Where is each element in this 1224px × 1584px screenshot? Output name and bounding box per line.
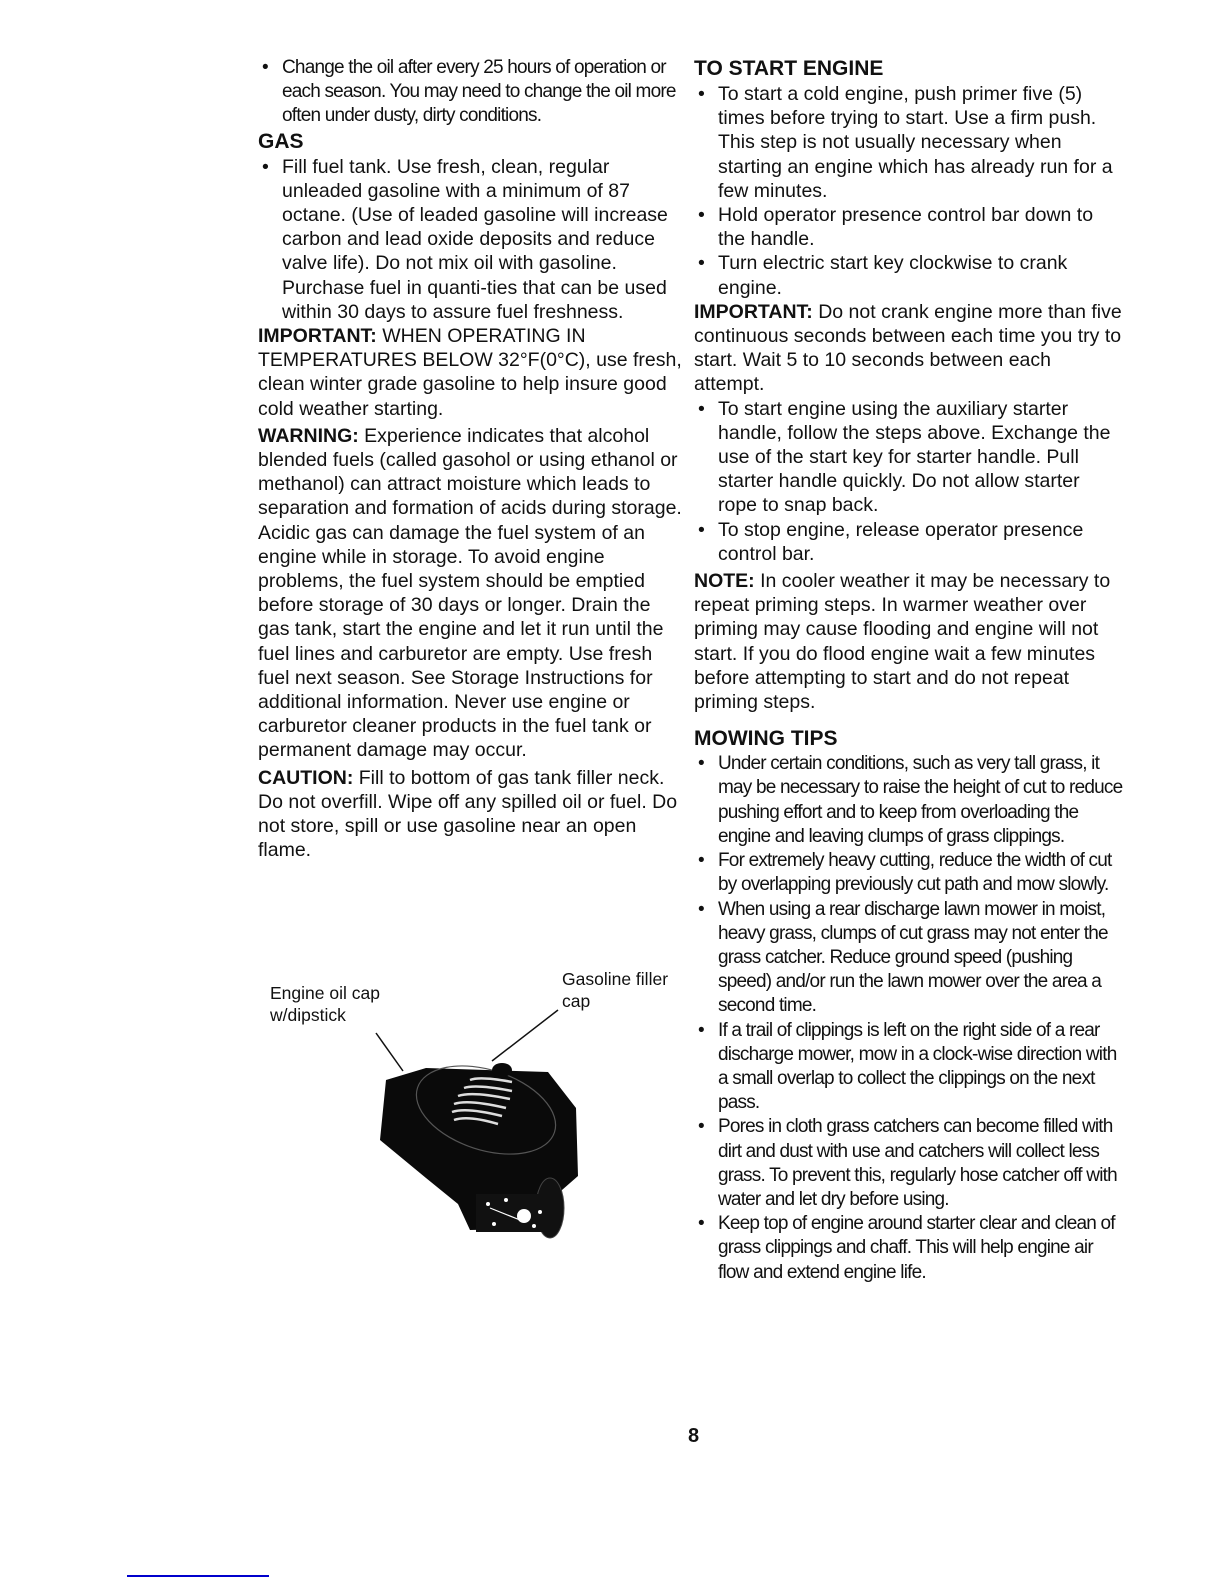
- note-label: NOTE:: [694, 570, 755, 592]
- catcher-pores-bullet: Pores in cloth grass catchers can become…: [694, 1115, 1124, 1212]
- caution-label: CAUTION:: [258, 767, 353, 789]
- oil-change-list: Change the oil after every 25 hours of o…: [258, 56, 683, 129]
- rear-discharge-bullet: When using a rear discharge lawn mower i…: [694, 898, 1124, 1019]
- fuel-tank-bullet: Fill fuel tank. Use fresh, clean, regula…: [258, 155, 683, 324]
- caution-fill-note: CAUTION: Fill to bottom of gas tank fill…: [258, 766, 683, 863]
- footer-rule: [127, 1575, 269, 1577]
- gas-heading: GAS: [258, 129, 683, 155]
- start-engine-list: To start a cold engine, push primer five…: [694, 82, 1124, 300]
- warning-label: WARNING:: [258, 425, 359, 447]
- important-cold-weather-note: IMPORTANT: WHEN OPERATING IN TEMPERATURE…: [258, 324, 683, 421]
- start-key-bullet: Turn electric start key clockwise to cra…: [694, 251, 1124, 299]
- engine-illustration-icon: [258, 968, 698, 1268]
- important-crank-note: IMPORTANT: Do not crank engine more than…: [694, 300, 1124, 397]
- heavy-cutting-bullet: For extremely heavy cutting, reduce the …: [694, 849, 1124, 897]
- aux-starter-bullet: To start engine using the auxiliary star…: [694, 397, 1124, 518]
- aux-start-list: To start engine using the auxiliary star…: [694, 397, 1124, 566]
- mowing-tips-list: Under certain conditions, such as very t…: [694, 752, 1124, 1284]
- tall-grass-bullet: Under certain conditions, such as very t…: [694, 752, 1124, 849]
- clippings-trail-bullet: If a trail of clippings is left on the r…: [694, 1019, 1124, 1116]
- cold-start-bullet: To start a cold engine, push primer five…: [694, 82, 1124, 203]
- mowing-tips-heading: MOWING TIPS: [694, 726, 1124, 752]
- oil-change-bullet: Change the oil after every 25 hours of o…: [258, 56, 683, 129]
- important-label: IMPORTANT:: [694, 301, 813, 323]
- priming-note: NOTE: In cooler weather it may be necess…: [694, 569, 1124, 714]
- control-bar-bullet: Hold operator presence control bar down …: [694, 203, 1124, 251]
- important-label: IMPORTANT:: [258, 325, 377, 347]
- warning-alcohol-fuels: WARNING: Experience indicates that alcoh…: [258, 424, 683, 763]
- gas-list: Fill fuel tank. Use fresh, clean, regula…: [258, 155, 683, 324]
- warning-text: Experience indicates that alcohol blende…: [258, 425, 682, 762]
- engine-top-bullet: Keep top of engine around starter clear …: [694, 1212, 1124, 1285]
- left-column: Change the oil after every 25 hours of o…: [258, 56, 683, 863]
- engine-figure: Engine oil cap w/dipstick Gasoline fille…: [258, 968, 698, 1268]
- page-number: 8: [688, 1425, 699, 1448]
- note-text: In cooler weather it may be necessary to…: [694, 570, 1110, 713]
- stop-engine-bullet: To stop engine, release operator presenc…: [694, 518, 1124, 566]
- right-column: TO START ENGINE To start a cold engine, …: [694, 56, 1124, 1285]
- start-engine-heading: TO START ENGINE: [694, 56, 1124, 82]
